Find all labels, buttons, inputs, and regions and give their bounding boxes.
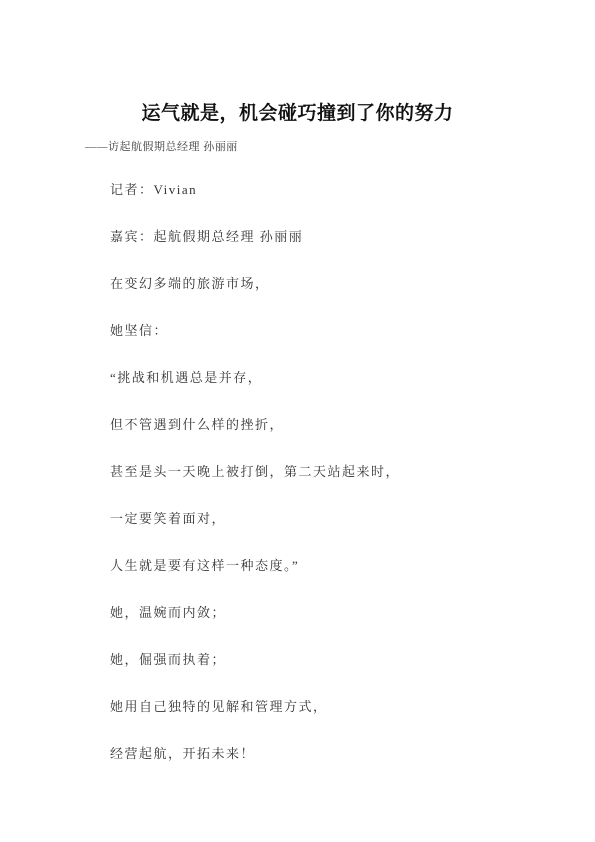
paragraph-line: 在变幻多端的旅游市场，: [110, 276, 595, 291]
paragraph-line: 但不管遇到什么样的挫折，: [110, 417, 595, 432]
paragraph-line: 经营起航，开拓未来！: [110, 746, 595, 761]
paragraph-line: “挑战和机遇总是并存，: [110, 370, 595, 385]
page-title: 运气就是，机会碰巧撞到了你的努力: [0, 102, 595, 126]
paragraph-line: 一定要笑着面对，: [110, 511, 595, 526]
document-page: 运气就是，机会碰巧撞到了你的努力 ——访起航假期总经理 孙丽丽 记者：Vivia…: [0, 0, 595, 842]
paragraph-line: 她坚信：: [110, 323, 595, 338]
paragraph-line: 嘉宾：起航假期总经理 孙丽丽: [110, 229, 595, 244]
paragraph-line: 她，倔强而执着；: [110, 652, 595, 667]
paragraph-line: 人生就是要有这样一种态度。”: [110, 558, 595, 573]
paragraph-line: 她用自己独特的见解和管理方式，: [110, 699, 595, 714]
paragraph-line: 她，温婉而内敛；: [110, 605, 595, 620]
subtitle: ——访起航假期总经理 孙丽丽: [85, 140, 595, 155]
paragraph-line: 记者：Vivian: [110, 182, 595, 197]
paragraph-line: 甚至是头一天晚上被打倒，第二天站起来时，: [110, 464, 595, 479]
